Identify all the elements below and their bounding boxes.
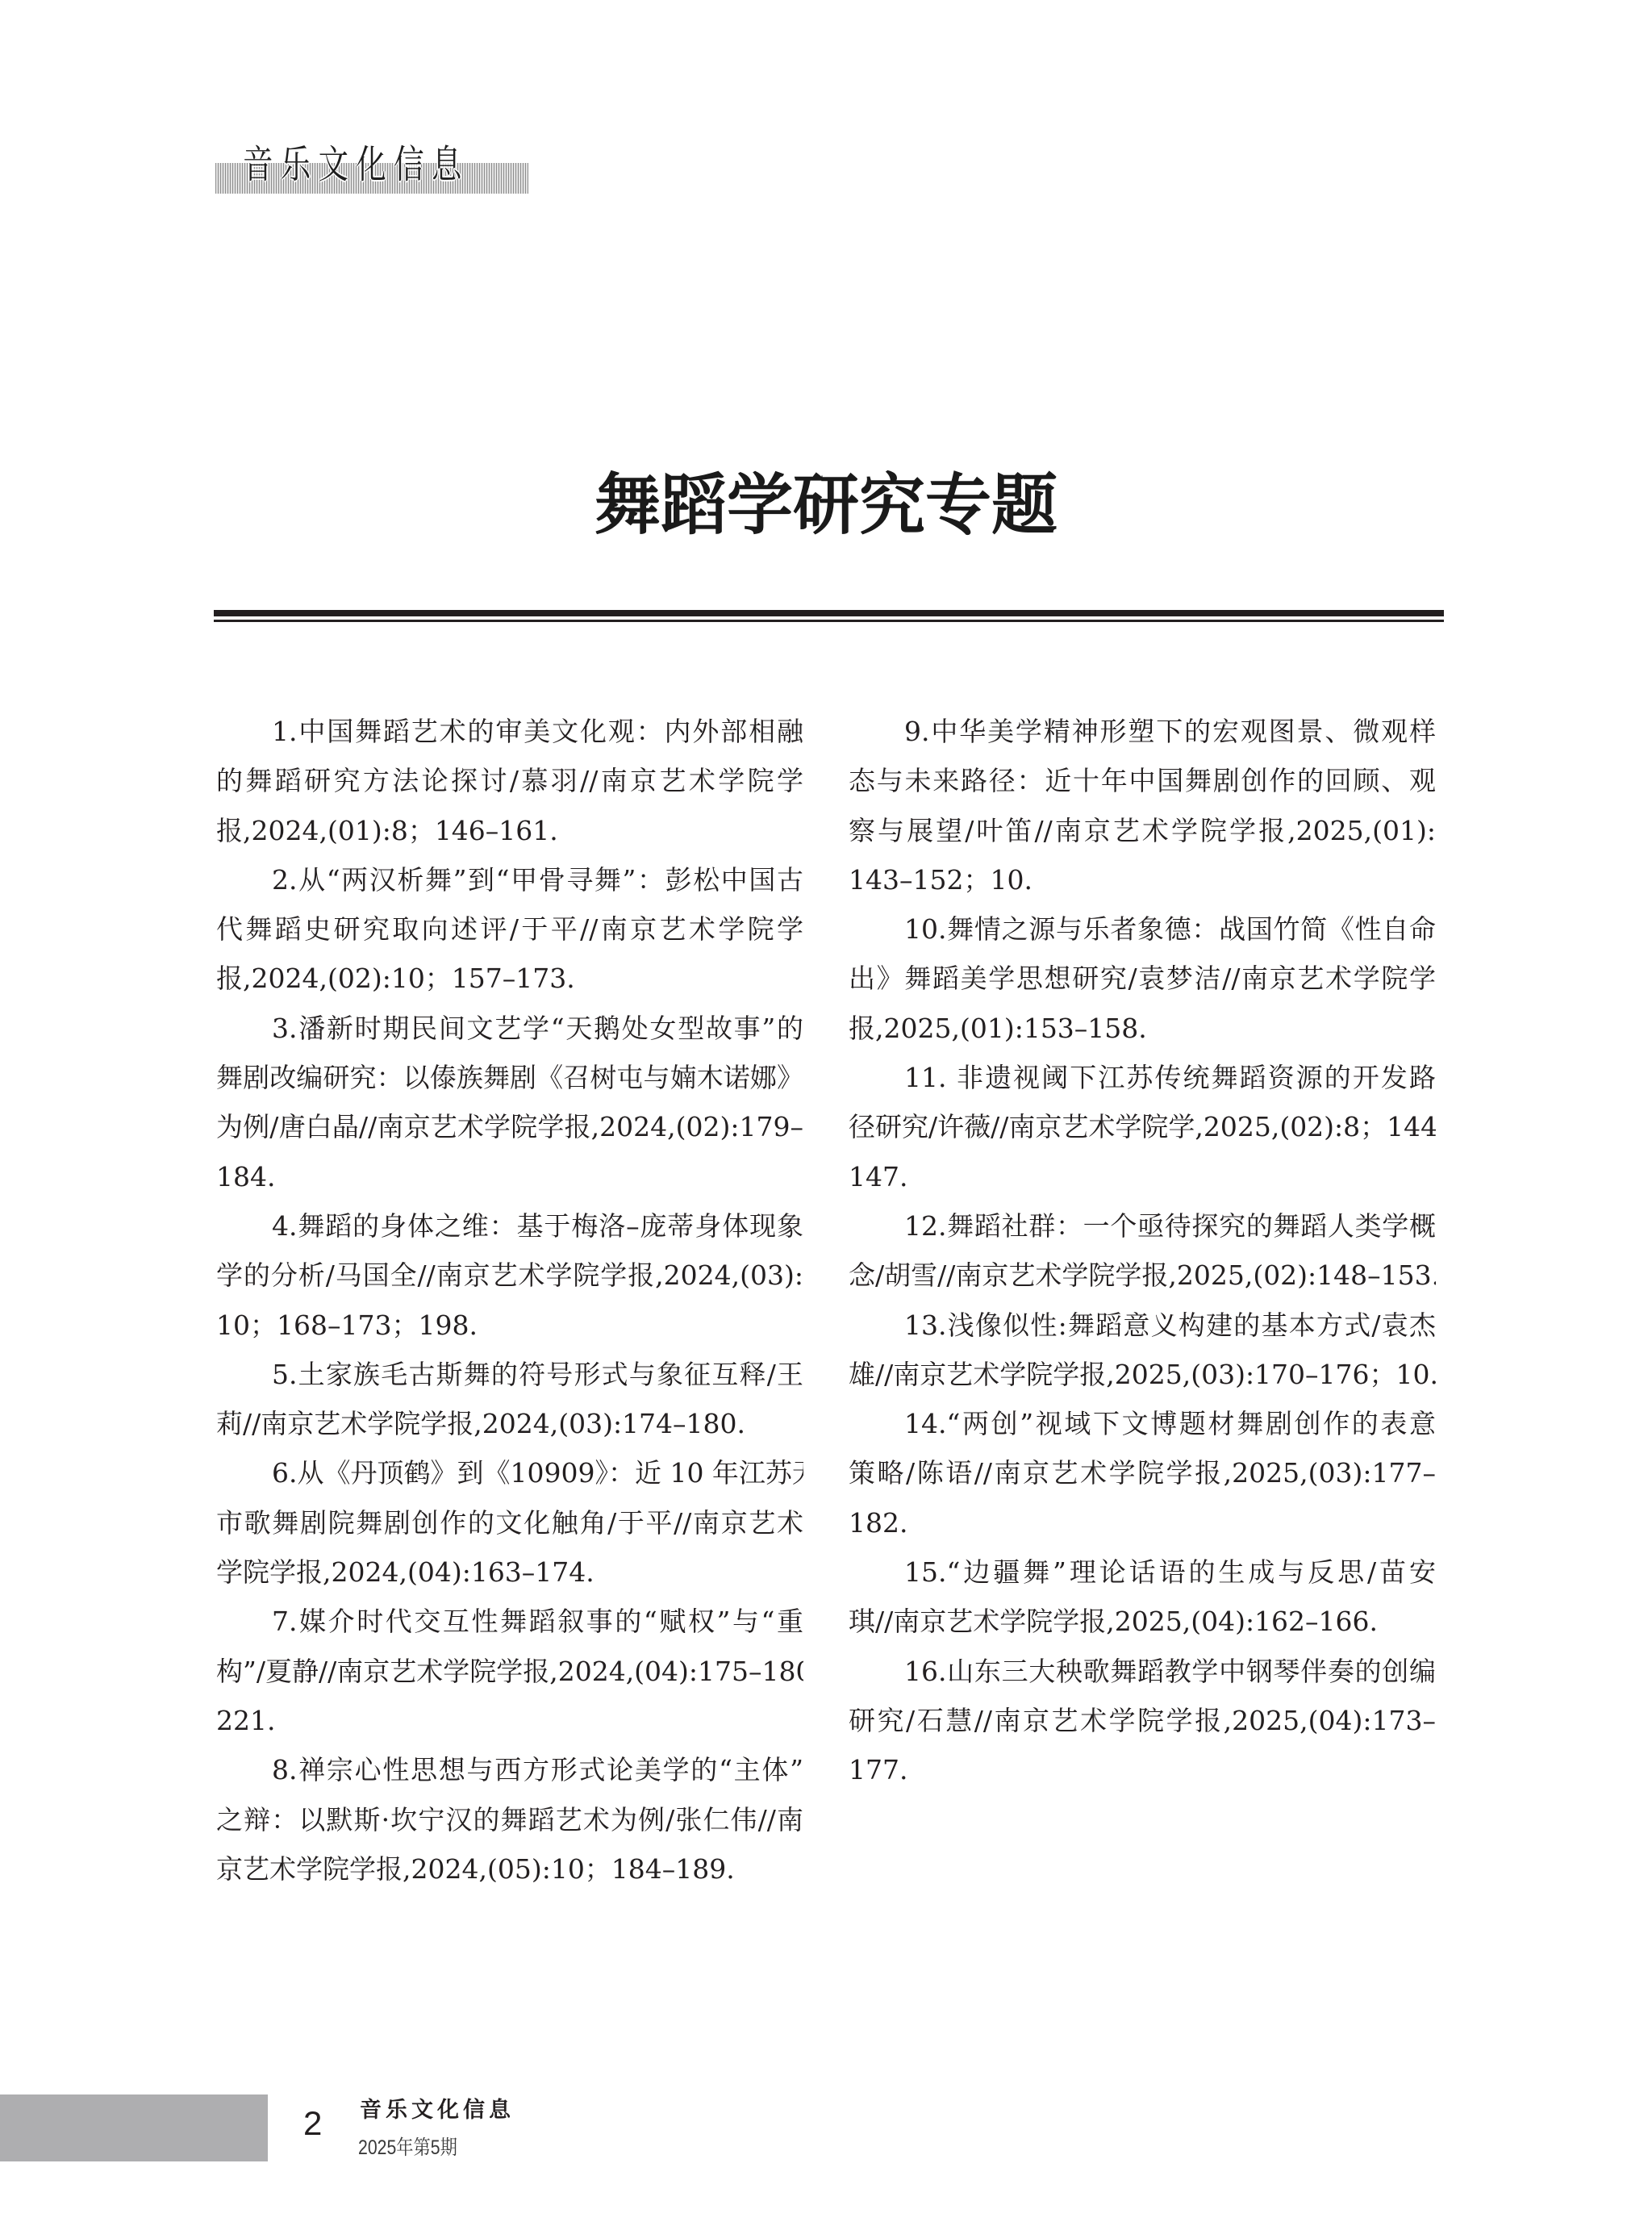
reference-line: 184. xyxy=(216,1152,803,1201)
reference-line: 5.土家族毛古斯舞的符号形式与象征互释/王 xyxy=(216,1350,803,1399)
reference-line: 12.舞蹈社群：一个亟待探究的舞蹈人类学概 xyxy=(849,1201,1436,1251)
reference-entry: 15.“边疆舞”理论话语的生成与反思/苗安琪//南京艺术学院学报,2025,(0… xyxy=(849,1547,1436,1647)
reference-line: 143–152；10. xyxy=(849,855,1436,904)
section-tag-label: 音乐文化信息 xyxy=(243,140,469,189)
reference-line: 147. xyxy=(849,1152,1436,1201)
reference-entry: 10.舞情之源与乐者象德：战国竹简《性自命出》舞蹈美学思想研究/袁梦洁//南京艺… xyxy=(849,904,1436,1053)
reference-line: 代舞蹈史研究取向述评/于平//南京艺术学院学 xyxy=(216,904,803,954)
reference-line: 学的分析/马国全//南京艺术学院学报,2024,(03): xyxy=(216,1251,803,1300)
reference-line: 念/胡雪//南京艺术学院学报,2025,(02):148–153. xyxy=(849,1251,1436,1300)
reference-line: 6.从《丹顶鹤》到《10909》：近 10 年江苏无锡 xyxy=(216,1448,803,1497)
reference-entry: 7.媒介时代交互性舞蹈叙事的“赋权”与“重构”/夏静//南京艺术学院学报,202… xyxy=(216,1597,803,1745)
reference-entry: 9.中华美学精神形塑下的宏观图景、微观样态与未来路径：近十年中国舞剧创作的回顾、… xyxy=(849,707,1436,904)
reference-entry: 1.中国舞蹈艺术的审美文化观：内外部相融的舞蹈研究方法论探讨/慕羽//南京艺术学… xyxy=(216,707,803,855)
reference-line: 10；168–173；198. xyxy=(216,1301,803,1350)
reference-line: 14.“两创”视域下文博题材舞剧创作的表意 xyxy=(849,1399,1436,1448)
reference-entry: 6.从《丹顶鹤》到《10909》：近 10 年江苏无锡市歌舞剧院舞剧创作的文化触… xyxy=(216,1448,803,1597)
reference-line: 出》舞蹈美学思想研究/袁梦洁//南京艺术学院学 xyxy=(849,954,1436,1003)
reference-line: 研究/石慧//南京艺术学院学报,2025,(04):173– xyxy=(849,1696,1436,1745)
reference-entry: 2.从“两汉析舞”到“甲骨寻舞”：彭松中国古代舞蹈史研究取向述评/于平//南京艺… xyxy=(216,855,803,1004)
reference-line: 177. xyxy=(849,1745,1436,1794)
reference-entry: 12.舞蹈社群：一个亟待探究的舞蹈人类学概念/胡雪//南京艺术学院学报,2025… xyxy=(849,1201,1436,1301)
reference-line: 10.舞情之源与乐者象德：战国竹简《性自命 xyxy=(849,904,1436,954)
footer-journal-name: 音乐文化信息 xyxy=(360,2096,515,2125)
page-title: 舞蹈学研究专题 xyxy=(0,461,1652,549)
reference-line: 策略/陈语//南京艺术学院学报,2025,(03):177– xyxy=(849,1448,1436,1497)
footer-issue: 2025年第5期 xyxy=(358,2136,457,2160)
reference-line: 7.媒介时代交互性舞蹈叙事的“赋权”与“重 xyxy=(216,1597,803,1646)
reference-line: 16.山东三大秧歌舞蹈教学中钢琴伴奏的创编 xyxy=(849,1647,1436,1696)
reference-line: 1.中国舞蹈艺术的审美文化观：内外部相融 xyxy=(216,707,803,756)
reference-line: 9.中华美学精神形塑下的宏观图景、微观样 xyxy=(849,707,1436,756)
reference-line: 报,2025,(01):153–158. xyxy=(849,1004,1436,1053)
reference-line: 莉//南京艺术学院学报,2024,(03):174–180. xyxy=(216,1399,803,1448)
page-number: 2 xyxy=(303,2106,322,2141)
reference-line: 学院学报,2024,(04):163–174. xyxy=(216,1547,803,1597)
title-divider-thick xyxy=(214,610,1444,616)
reference-line: 的舞蹈研究方法论探讨/慕羽//南京艺术学院学 xyxy=(216,756,803,805)
reference-entry: 13.浅像似性:舞蹈意义构建的基本方式/袁杰雄//南京艺术学院学报,2025,(… xyxy=(849,1301,1436,1400)
reference-entry: 4.舞蹈的身体之维：基于梅洛–庞蒂身体现象学的分析/马国全//南京艺术学院学报,… xyxy=(216,1201,803,1350)
reference-column-right: 9.中华美学精神形塑下的宏观图景、微观样态与未来路径：近十年中国舞剧创作的回顾、… xyxy=(849,707,1436,1795)
reference-entry: 3.潘新时期民间文艺学“天鹅处女型故事”的舞剧改编研究：以傣族舞剧《召树屯与婻木… xyxy=(216,1004,803,1201)
reference-line: 2.从“两汉析舞”到“甲骨寻舞”：彭松中国古 xyxy=(216,855,803,904)
reference-line: 11. 非遗视阈下江苏传统舞蹈资源的开发路 xyxy=(849,1053,1436,1102)
reference-line: 报,2024,(02):10；157–173. xyxy=(216,954,803,1003)
title-divider-thin xyxy=(214,620,1444,622)
reference-line: 4.舞蹈的身体之维：基于梅洛–庞蒂身体现象 xyxy=(216,1201,803,1251)
reference-line: 为例/唐白晶//南京艺术学院学报,2024,(02):179– xyxy=(216,1102,803,1151)
reference-line: 态与未来路径：近十年中国舞剧创作的回顾、观 xyxy=(849,756,1436,805)
reference-line: 报,2024,(01):8；146–161. xyxy=(216,806,803,855)
reference-line: 之辩：以默斯·坎宁汉的舞蹈艺术为例/张仁伟//南 xyxy=(216,1795,803,1844)
reference-line: 琪//南京艺术学院学报,2025,(04):162–166. xyxy=(849,1597,1436,1646)
reference-line: 雄//南京艺术学院学报,2025,(03):170–176；10. xyxy=(849,1350,1436,1399)
reference-line: 察与展望/叶笛//南京艺术学院学报,2025,(01): xyxy=(849,806,1436,855)
section-tag: 音乐文化信息 xyxy=(215,139,530,197)
reference-line: 京艺术学院学报,2024,(05):10；184–189. xyxy=(216,1844,803,1894)
reference-entry: 14.“两创”视域下文博题材舞剧创作的表意策略/陈语//南京艺术学院学报,202… xyxy=(849,1399,1436,1547)
reference-column-left: 1.中国舞蹈艺术的审美文化观：内外部相融的舞蹈研究方法论探讨/慕羽//南京艺术学… xyxy=(216,707,803,1894)
reference-line: 径研究/许薇//南京艺术学院学,2025,(02):8；144– xyxy=(849,1102,1436,1151)
reference-line: 市歌舞剧院舞剧创作的文化触角/于平//南京艺术 xyxy=(216,1498,803,1547)
reference-entry: 16.山东三大秧歌舞蹈教学中钢琴伴奏的创编研究/石慧//南京艺术学院学报,202… xyxy=(849,1647,1436,1795)
reference-entry: 5.土家族毛古斯舞的符号形式与象征互释/王莉//南京艺术学院学报,2024,(0… xyxy=(216,1350,803,1449)
reference-entry: 11. 非遗视阈下江苏传统舞蹈资源的开发路径研究/许薇//南京艺术学院学,202… xyxy=(849,1053,1436,1201)
reference-line: 182. xyxy=(849,1498,1436,1547)
reference-entry: 8.禅宗心性思想与西方形式论美学的“主体”之辩：以默斯·坎宁汉的舞蹈艺术为例/张… xyxy=(216,1745,803,1894)
reference-line: 3.潘新时期民间文艺学“天鹅处女型故事”的 xyxy=(216,1004,803,1053)
reference-line: 13.浅像似性:舞蹈意义构建的基本方式/袁杰 xyxy=(849,1301,1436,1350)
reference-line: 221. xyxy=(216,1696,803,1745)
reference-line: 8.禅宗心性思想与西方形式论美学的“主体” xyxy=(216,1745,803,1794)
reference-line: 舞剧改编研究：以傣族舞剧《召树屯与婻木诺娜》 xyxy=(216,1053,803,1102)
reference-line: 15.“边疆舞”理论话语的生成与反思/苗安 xyxy=(849,1547,1436,1597)
reference-line: 构”/夏静//南京艺术学院学报,2024,(04):175–180； xyxy=(216,1647,803,1696)
footer-bar xyxy=(0,2094,268,2161)
